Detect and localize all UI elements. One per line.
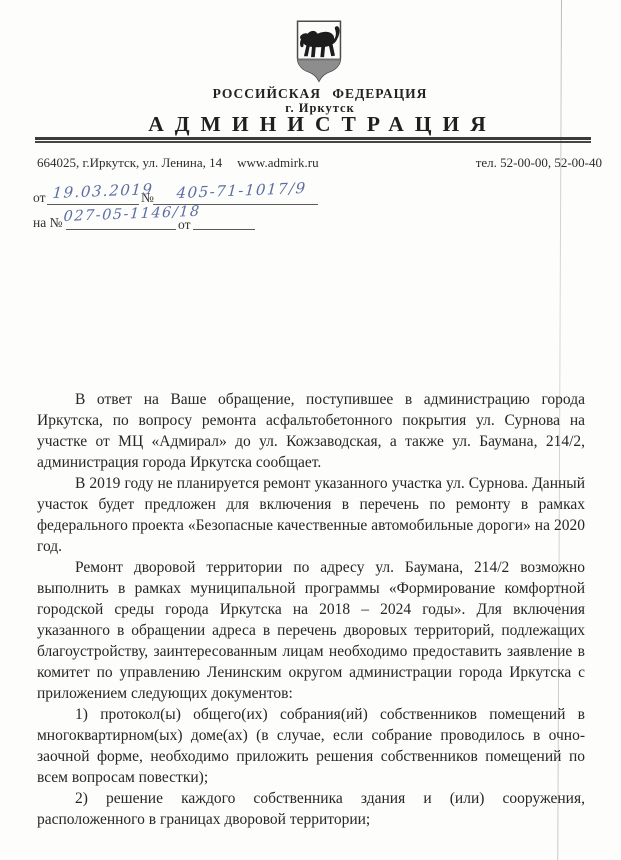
ref-reply-label: на №: [33, 215, 62, 231]
phone-numbers: тел. 52-00-00, 52-00-40: [476, 155, 602, 171]
letter-body: В ответ на Ваше обращение, поступившее в…: [37, 389, 585, 830]
paragraph-yard-repair: Ремонт дворовой территории по адресу ул.…: [37, 557, 585, 704]
organization-title: АДМИНИСТРАЦИЯ: [0, 112, 621, 137]
postal-address: 664025, г.Иркутск, ул. Ленина, 14www.adm…: [37, 155, 319, 171]
handwritten-outgoing-number: 405-71-1017/9: [176, 179, 307, 202]
website-text: www.admirk.ru: [237, 155, 318, 170]
contact-row: 664025, г.Иркутск, ул. Ленина, 14www.adm…: [37, 155, 602, 171]
paragraph-intro: В ответ на Ваше обращение, поступившее в…: [37, 389, 585, 473]
header-double-rule: [35, 137, 591, 143]
irkutsk-coat-of-arms-icon: [291, 17, 347, 87]
list-item-2-decisions: 2) решение каждого собственника здания и…: [37, 788, 585, 830]
list-item-1-protocols: 1) протокол(ы) общего(их) собрания(ий) с…: [37, 704, 585, 788]
ref-from-label: от: [33, 190, 45, 206]
handwritten-outgoing-date: 19.03.2019: [52, 180, 154, 202]
ref-reply-date-blank-line: [193, 229, 255, 230]
scanned-letter-page: РОССИЙСКАЯ ФЕДЕРАЦИЯ г. Иркутск АДМИНИСТ…: [0, 0, 621, 860]
ref-reply-blank-line: [66, 229, 176, 230]
address-text: 664025, г.Иркутск, ул. Ленина, 14: [37, 155, 222, 170]
paragraph-2019-plan: В 2019 году не планируется ремонт указан…: [37, 473, 585, 557]
ref-date-blank-line: [47, 204, 139, 205]
country-title: РОССИЙСКАЯ ФЕДЕРАЦИЯ: [0, 86, 621, 102]
